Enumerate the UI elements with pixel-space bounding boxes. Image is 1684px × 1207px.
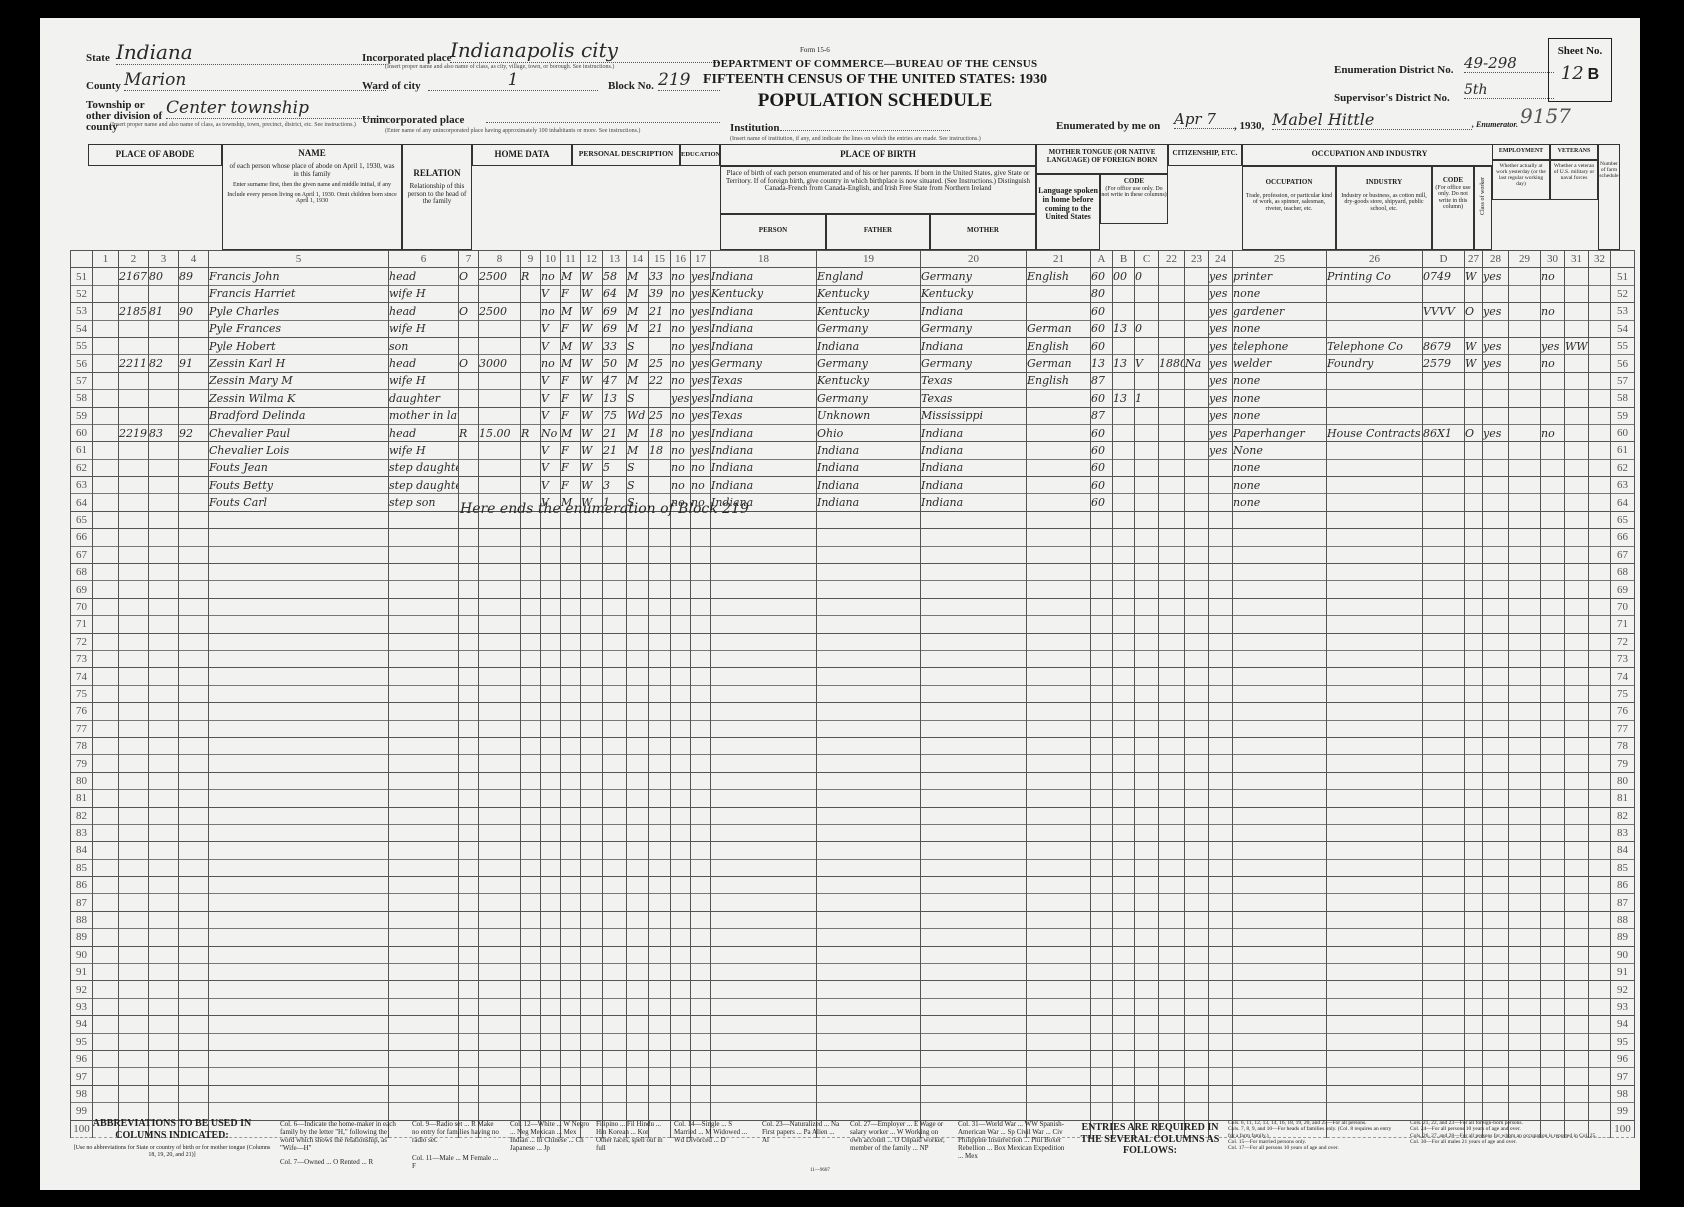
cell-natur (1185, 929, 1209, 946)
column-number: 17 (691, 251, 711, 268)
cell-code_a: 60 (1091, 320, 1113, 337)
cell-natur (1185, 790, 1209, 807)
cell-owned (459, 564, 479, 581)
cell-english (1209, 1085, 1233, 1102)
cell-work (1483, 790, 1509, 807)
cell-vet (1541, 755, 1565, 772)
cell-age_marriage: 25 (649, 407, 671, 424)
cell-value (479, 581, 521, 598)
line-number-right: 68 (1611, 564, 1635, 581)
cell-farmno (1589, 772, 1611, 789)
cell-english (1209, 581, 1233, 598)
cell-street (93, 1085, 119, 1102)
cell-name: Chevalier Lois (209, 442, 389, 459)
cell-class (1465, 390, 1483, 407)
cell-english (1209, 790, 1233, 807)
cell-class (1465, 946, 1483, 963)
cell-age_marriage (649, 616, 671, 633)
line-number-right: 73 (1611, 650, 1635, 667)
cell-relation (389, 1103, 459, 1120)
cell-school (671, 564, 691, 581)
cell-immig (1159, 303, 1185, 320)
cell-owned (459, 1016, 479, 1033)
cell-code_c (1135, 494, 1159, 511)
cell-code_b (1113, 685, 1135, 702)
cell-owned (459, 668, 479, 685)
cell-name (209, 842, 389, 859)
cell-code_c (1135, 703, 1159, 720)
cell-code_d (1423, 633, 1465, 650)
cell-farm (541, 1033, 561, 1050)
cell-sex: F (561, 320, 581, 337)
line-number: 70 (71, 598, 93, 615)
line-number-right: 69 (1611, 581, 1635, 598)
cell-pob: Indiana (711, 268, 817, 285)
cell-age_marriage (649, 337, 671, 354)
cell-pob (711, 1085, 817, 1102)
cell-natur (1185, 685, 1209, 702)
cell-race (581, 546, 603, 563)
cell-radio (521, 303, 541, 320)
cell-marital: M (627, 372, 649, 389)
cell-father (817, 790, 921, 807)
cell-radio (521, 1068, 541, 1085)
cell-age_marriage (649, 859, 671, 876)
census-row-empty: 8585 (71, 859, 1635, 876)
cell-code_d: VVVV (1423, 303, 1465, 320)
cell-farm (541, 772, 561, 789)
cell-house (119, 285, 149, 302)
cell-race (581, 633, 603, 650)
cell-code_c (1135, 998, 1159, 1015)
cell-age (603, 842, 627, 859)
cell-radio (521, 581, 541, 598)
line-number-right: 96 (1611, 1050, 1635, 1067)
cell-race: W (581, 424, 603, 441)
cell-war (1565, 859, 1589, 876)
cell-mother: Indiana (921, 303, 1027, 320)
cell-value (479, 807, 521, 824)
cell-code_c (1135, 337, 1159, 354)
cell-natur (1185, 303, 1209, 320)
cell-language (1027, 703, 1091, 720)
cell-marital (627, 1016, 649, 1033)
cell-age_marriage (649, 720, 671, 737)
cell-name (209, 616, 389, 633)
cell-code_b (1113, 477, 1135, 494)
cell-occupation: Paperhanger (1233, 424, 1327, 441)
cell-pob: Indiana (711, 459, 817, 476)
cell-dwelling (149, 842, 179, 859)
cell-industry (1327, 511, 1423, 528)
cell-farm: no (541, 303, 561, 320)
cell-owned (459, 1033, 479, 1050)
cell-age_marriage (649, 477, 671, 494)
cell-owned (459, 1050, 479, 1067)
census-row-empty: 7373 (71, 650, 1635, 667)
cell-pob (711, 964, 817, 981)
column-number: 28 (1483, 251, 1509, 268)
line-number-right: 70 (1611, 598, 1635, 615)
cell-radio (521, 720, 541, 737)
cell-code_c (1135, 911, 1159, 928)
cell-read (691, 859, 711, 876)
cell-code_c (1135, 529, 1159, 546)
line-number: 64 (71, 494, 93, 511)
cell-code_c (1135, 303, 1159, 320)
cell-code_a (1091, 581, 1113, 598)
cell-war (1565, 946, 1589, 963)
cell-father (817, 842, 921, 859)
cell-school: no (671, 337, 691, 354)
line-number: 85 (71, 859, 93, 876)
cell-code_b (1113, 998, 1135, 1015)
cell-farmno (1589, 1050, 1611, 1067)
cell-immig (1159, 703, 1185, 720)
census-row-empty: 7575 (71, 685, 1635, 702)
header-industry: INDUSTRY Industry or business, as cotton… (1336, 166, 1432, 250)
cell-natur (1185, 1068, 1209, 1085)
cell-owned (459, 946, 479, 963)
cell-name: Zessin Karl H (209, 355, 389, 372)
cell-industry (1327, 946, 1423, 963)
cell-sex: F (561, 459, 581, 476)
cell-unemp (1509, 372, 1541, 389)
cell-mother (921, 650, 1027, 667)
cell-school (671, 720, 691, 737)
cell-dwelling (149, 981, 179, 998)
cell-age_marriage (649, 877, 671, 894)
cell-dwelling (149, 790, 179, 807)
county-value: Marion (124, 70, 386, 91)
cell-age: 58 (603, 268, 627, 285)
cell-natur (1185, 1016, 1209, 1033)
cell-vet (1541, 946, 1565, 963)
cell-dwelling (149, 407, 179, 424)
cell-class (1465, 581, 1483, 598)
cell-name (209, 998, 389, 1015)
line-number-right: 52 (1611, 285, 1635, 302)
cell-natur (1185, 981, 1209, 998)
cell-vet (1541, 529, 1565, 546)
cell-marital (627, 790, 649, 807)
cell-radio (521, 685, 541, 702)
cell-relation (389, 911, 459, 928)
enum-district-value: 49-298 (1464, 54, 1554, 73)
cell-code_d (1423, 581, 1465, 598)
cell-sex (561, 1085, 581, 1102)
cell-unemp (1509, 842, 1541, 859)
cell-mother (921, 529, 1027, 546)
cell-read (691, 546, 711, 563)
column-number: 3 (149, 251, 179, 268)
cell-farm (541, 964, 561, 981)
cell-occupation (1233, 581, 1327, 598)
cell-english (1209, 894, 1233, 911)
cell-work (1483, 1085, 1509, 1102)
cell-dwelling (149, 616, 179, 633)
cell-occupation (1233, 616, 1327, 633)
cell-work (1483, 981, 1509, 998)
cell-relation: head (389, 268, 459, 285)
cell-dwelling (149, 650, 179, 667)
cell-read (691, 911, 711, 928)
cell-code_d: 8679 (1423, 337, 1465, 354)
cell-marital (627, 964, 649, 981)
cell-house (119, 372, 149, 389)
cell-language (1027, 564, 1091, 581)
cell-marital (627, 1085, 649, 1102)
column-number: 32 (1589, 251, 1611, 268)
cell-immig (1159, 668, 1185, 685)
cell-house (119, 737, 149, 754)
cell-work (1483, 477, 1509, 494)
cell-sex (561, 685, 581, 702)
cell-age: 50 (603, 355, 627, 372)
cell-unemp (1509, 790, 1541, 807)
cell-code_c (1135, 772, 1159, 789)
cell-vet (1541, 737, 1565, 754)
column-number: 4 (179, 251, 209, 268)
cell-race (581, 616, 603, 633)
cell-father: Germany (817, 390, 921, 407)
cell-unemp (1509, 650, 1541, 667)
cell-race (581, 703, 603, 720)
census-row-empty: 8181 (71, 790, 1635, 807)
cell-immig (1159, 494, 1185, 511)
cell-vet (1541, 842, 1565, 859)
cell-unemp (1509, 668, 1541, 685)
line-number: 84 (71, 842, 93, 859)
cell-industry (1327, 929, 1423, 946)
cell-occupation: none (1233, 285, 1327, 302)
cell-class (1465, 859, 1483, 876)
cell-owned (459, 337, 479, 354)
cell-vet (1541, 564, 1565, 581)
veterans-desc: Whether a veteran of U.S. military or na… (1550, 160, 1598, 200)
cell-code_d (1423, 668, 1465, 685)
enum-district-label: Enumeration District No. (1334, 64, 1453, 76)
cell-owned (459, 685, 479, 702)
cell-value (479, 877, 521, 894)
cell-family (179, 442, 209, 459)
cell-language (1027, 1068, 1091, 1085)
cell-industry (1327, 894, 1423, 911)
cell-class (1465, 320, 1483, 337)
cell-sex (561, 1050, 581, 1067)
group-citizenship: CITIZENSHIP, ETC. (1168, 144, 1242, 166)
cell-family (179, 285, 209, 302)
cell-code_a (1091, 598, 1113, 615)
cell-name (209, 911, 389, 928)
cell-school: no (671, 285, 691, 302)
cell-unemp (1509, 424, 1541, 441)
cell-race: W (581, 390, 603, 407)
cell-farmno (1589, 824, 1611, 841)
cell-owned (459, 894, 479, 911)
cell-work (1483, 911, 1509, 928)
cell-family (179, 390, 209, 407)
cell-father: Indiana (817, 442, 921, 459)
cell-house (119, 668, 149, 685)
cell-code_a (1091, 842, 1113, 859)
cell-house (119, 564, 149, 581)
cell-war (1565, 668, 1589, 685)
cell-radio (521, 442, 541, 459)
cell-read: yes (691, 390, 711, 407)
cell-work (1483, 685, 1509, 702)
cell-dwelling (149, 807, 179, 824)
cell-unemp (1509, 303, 1541, 320)
cell-code_a (1091, 964, 1113, 981)
cell-immig (1159, 720, 1185, 737)
cell-race (581, 564, 603, 581)
cell-age (603, 1103, 627, 1120)
cell-war (1565, 720, 1589, 737)
cell-language (1027, 459, 1091, 476)
cell-farmno (1589, 964, 1611, 981)
cell-english (1209, 650, 1233, 667)
cell-house (119, 1033, 149, 1050)
cell-age_marriage (649, 581, 671, 598)
cell-farm (541, 1085, 561, 1102)
cell-farm: No (541, 424, 561, 441)
cell-code_c (1135, 1068, 1159, 1085)
cell-radio (521, 894, 541, 911)
cell-war (1565, 1085, 1589, 1102)
cell-family (179, 511, 209, 528)
cell-farmno (1589, 477, 1611, 494)
cell-value: 3000 (479, 355, 521, 372)
cell-value (479, 564, 521, 581)
cell-age_marriage (649, 598, 671, 615)
cell-occupation (1233, 842, 1327, 859)
cell-value (479, 1103, 521, 1120)
cell-war (1565, 964, 1589, 981)
cell-read (691, 581, 711, 598)
cell-code_a (1091, 998, 1113, 1015)
cell-unemp (1509, 616, 1541, 633)
cell-vet (1541, 320, 1565, 337)
cell-industry: Telephone Co (1327, 337, 1423, 354)
cell-english (1209, 1016, 1233, 1033)
cell-school (671, 616, 691, 633)
cell-code_a (1091, 894, 1113, 911)
cell-pob (711, 633, 817, 650)
cell-age: 5 (603, 459, 627, 476)
line-number-right: 62 (1611, 459, 1635, 476)
cell-code_c (1135, 946, 1159, 963)
cell-occupation (1233, 877, 1327, 894)
cell-mother (921, 668, 1027, 685)
cell-family: 90 (179, 303, 209, 320)
cell-dwelling: 82 (149, 355, 179, 372)
cell-class (1465, 616, 1483, 633)
cell-pob (711, 998, 817, 1015)
cell-immig (1159, 842, 1185, 859)
cell-code_b (1113, 720, 1135, 737)
column-number: 15 (649, 251, 671, 268)
cell-pob: Texas (711, 407, 817, 424)
cell-code_a: 60 (1091, 303, 1113, 320)
cell-farm (541, 685, 561, 702)
cell-read: yes (691, 303, 711, 320)
cell-natur (1185, 807, 1209, 824)
cell-marital: M (627, 442, 649, 459)
cell-english (1209, 842, 1233, 859)
cell-owned (459, 877, 479, 894)
cell-war (1565, 1016, 1589, 1033)
line-number: 89 (71, 929, 93, 946)
cell-work (1483, 1103, 1509, 1120)
cell-english (1209, 807, 1233, 824)
cell-vet (1541, 703, 1565, 720)
cell-radio (521, 1103, 541, 1120)
cell-radio: R (521, 424, 541, 441)
cell-dwelling (149, 581, 179, 598)
cell-marital (627, 564, 649, 581)
ward-label: Ward of city (362, 80, 421, 92)
cell-race: W (581, 407, 603, 424)
cell-dwelling (149, 877, 179, 894)
cell-work (1483, 616, 1509, 633)
cell-farm (541, 877, 561, 894)
cell-house (119, 911, 149, 928)
cell-work (1483, 459, 1509, 476)
cell-mother (921, 616, 1027, 633)
cell-work (1483, 511, 1509, 528)
cell-house (119, 998, 149, 1015)
cell-class (1465, 824, 1483, 841)
line-number-right: 80 (1611, 772, 1635, 789)
line-number: 60 (71, 424, 93, 441)
cell-owned: R (459, 424, 479, 441)
census-row-empty: 9393 (71, 998, 1635, 1015)
cell-farm (541, 703, 561, 720)
cell-unemp (1509, 529, 1541, 546)
cell-marital (627, 894, 649, 911)
cell-sex (561, 807, 581, 824)
cell-farmno (1589, 633, 1611, 650)
cell-house: 2185 (119, 303, 149, 320)
column-number: 23 (1185, 251, 1209, 268)
state-value: Indiana (116, 40, 386, 65)
census-row-empty: 9292 (71, 981, 1635, 998)
cell-vet (1541, 511, 1565, 528)
cell-code_a (1091, 685, 1113, 702)
cell-farm (541, 1050, 561, 1067)
cell-code_a: 60 (1091, 424, 1113, 441)
cell-value (479, 529, 521, 546)
cell-dwelling (149, 737, 179, 754)
cell-owned (459, 1068, 479, 1085)
cell-code_d (1423, 720, 1465, 737)
cell-unemp (1509, 1103, 1541, 1120)
group-education: EDUCATION (680, 144, 720, 166)
cell-relation (389, 929, 459, 946)
cell-age_marriage: 39 (649, 285, 671, 302)
cell-vet: no (1541, 303, 1565, 320)
cell-age_marriage (649, 824, 671, 841)
cell-house (119, 529, 149, 546)
cell-age (603, 685, 627, 702)
cell-class (1465, 929, 1483, 946)
cell-war (1565, 929, 1589, 946)
cell-natur (1185, 911, 1209, 928)
cell-code_c: 0 (1135, 268, 1159, 285)
cell-owned (459, 737, 479, 754)
cell-pob (711, 1103, 817, 1120)
